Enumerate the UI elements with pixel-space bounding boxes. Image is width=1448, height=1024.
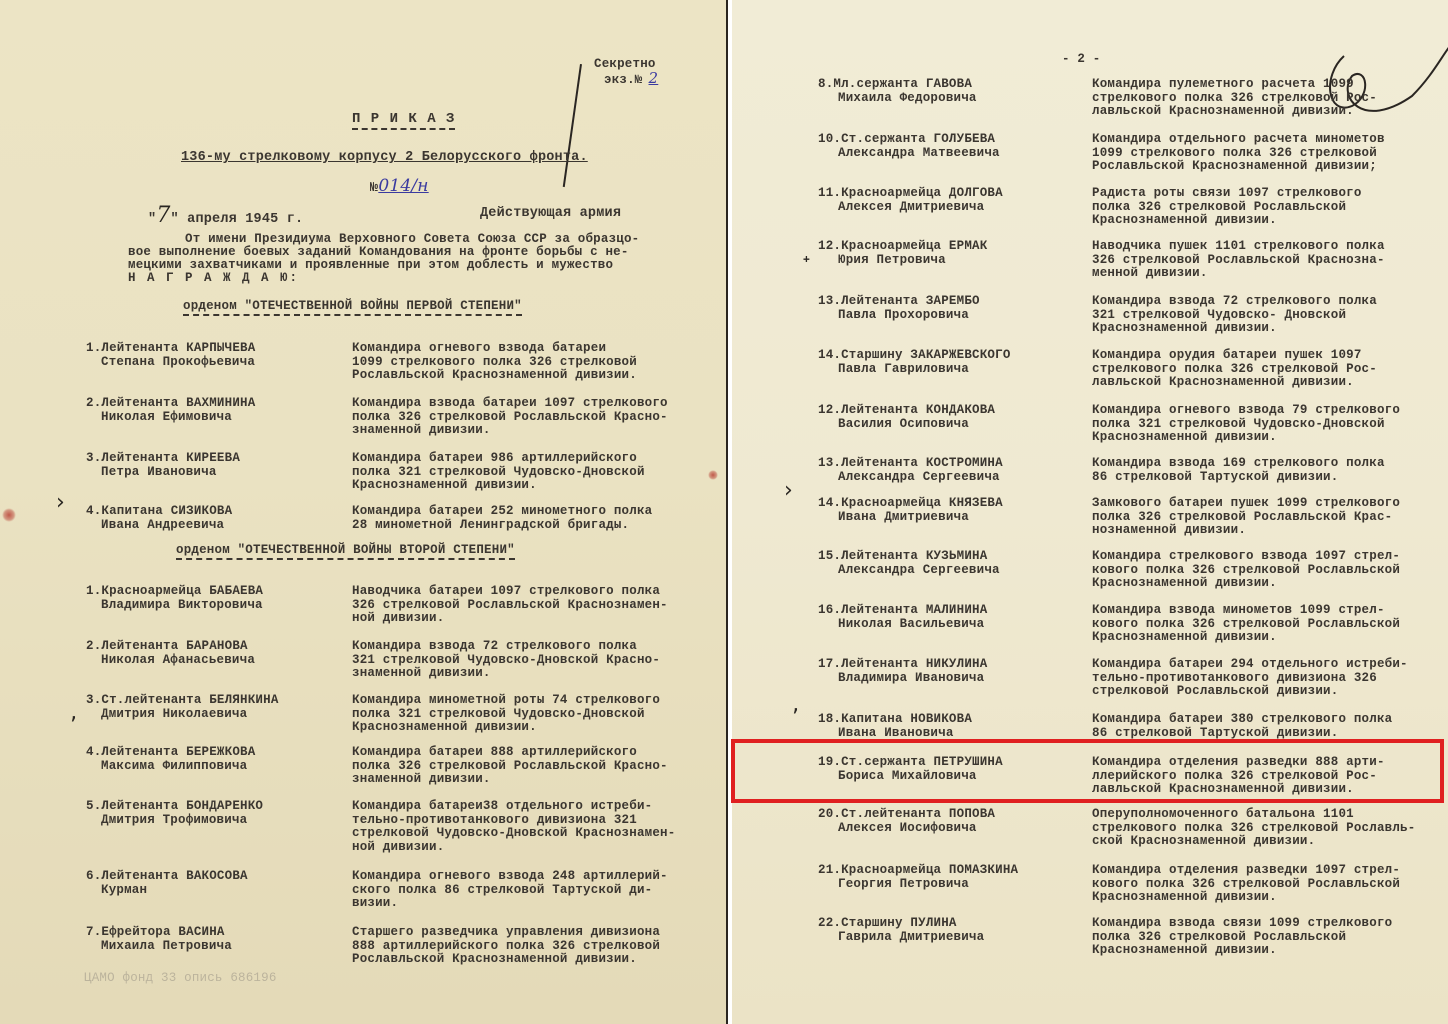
recipient-position-line: полка 321 стрелковой Чудовско-Дновской	[1092, 418, 1385, 432]
recipient-position-line: стрелкового полка 326 стрелковой Рос-	[1092, 363, 1377, 377]
recipient-position-line: Командира огневого взвода 79 стрелкового	[1092, 404, 1400, 418]
recipient-position-line: полка 326 стрелковой Рославльской Красно…	[352, 760, 668, 774]
recipient-position-line: знаменной дивизии.	[352, 424, 491, 438]
recipient-position-line: 1099 стрелкового полка 326 стрелковой	[1092, 147, 1377, 161]
recipient-position-line: Рославльской Краснознаменной дивизии.	[352, 953, 637, 967]
recipient-position-line: Наводчика батареи 1097 стрелкового полка	[352, 585, 660, 599]
recipient-given-names: Александра Матвеевича	[838, 147, 1000, 161]
recipient-position-line: Краснознаменной дивизии.	[1092, 944, 1277, 958]
recipient-position-line: кового полка 326 стрелковой Рославльской	[1092, 878, 1400, 892]
recipient-rank-surname: 6.Лейтенанта ВАКОСОВА	[86, 870, 248, 884]
copy-label: экз.№	[604, 73, 643, 87]
recipient-position-line: Краснознаменной дивизии.	[1092, 891, 1277, 905]
recipient-position-line: 28 минометной Ленинградской бригады.	[352, 519, 629, 533]
recipient-rank-surname: 3.Лейтенанта КИРЕЕВА	[86, 452, 240, 466]
recipient-position-line: полка 326 стрелковой Рославльской Красно…	[352, 411, 668, 425]
recipient-given-names: Александра Сергеевича	[838, 564, 1000, 578]
recipient-given-names: Алексея Дмитриевича	[838, 201, 984, 215]
recipient-position-line: визии.	[352, 897, 398, 911]
recipient-position-line: знаменной дивизии.	[352, 667, 491, 681]
recipient-position-line: Командира огневого взвода батареи	[352, 342, 606, 356]
recipient-position-line: кового полка 326 стрелковой Рославльской	[1092, 618, 1400, 632]
recipient-rank-surname: 13.Лейтенанта КОСТРОМИНА	[818, 457, 1003, 471]
date-quote-close: "	[171, 212, 179, 227]
page-number: - 2 -	[1062, 53, 1101, 67]
recipient-given-names: Ивана Дмитриевича	[838, 511, 969, 525]
recipient-rank-surname: 15.Лейтенанта КУЗЬМИНА	[818, 550, 987, 564]
recipient-position-line: Рославльской Краснознаменной дивизии;	[1092, 160, 1377, 174]
recipient-position-line: Командира отделения разведки 1097 стрел-	[1092, 864, 1400, 878]
location-label: Действующая армия	[480, 206, 621, 221]
recipient-position-line: Командира пулеметного расчета 1099	[1092, 78, 1354, 92]
recipient-position-line: Краснознаменной дивизии.	[1092, 322, 1277, 336]
recipient-given-names: Дмитрия Трофимовича	[101, 814, 247, 828]
recipient-given-names: Владимира Викторовича	[101, 599, 263, 613]
recipient-position-line: Командира минометной роты 74 стрелкового	[352, 694, 660, 708]
recipient-position-line: Командира отдельного расчета минометов	[1092, 133, 1385, 147]
archive-stamp: ЦАМО фонд 33 опись 686196	[84, 972, 277, 986]
document-page-1: Секретно экз.№2 П Р И К А З 136-му стрел…	[0, 0, 728, 1024]
margin-mark: ›	[784, 478, 793, 503]
recipient-rank-surname: 10.Ст.сержанта ГОЛУБЕВА	[818, 133, 995, 147]
recipient-position-line: полка 321 стрелковой Чудовско-Дновской	[352, 708, 645, 722]
recipient-rank-surname: 2.Лейтенанта БАРАНОВА	[86, 640, 248, 654]
recipient-position-line: Командира батареи38 отдельного истреби-	[352, 800, 652, 814]
recipient-position-line: Краснознаменной дивизии.	[352, 721, 537, 735]
recipient-given-names: Максима Филипповича	[101, 760, 247, 774]
recipient-position-line: Командира батареи 986 артиллерийского	[352, 452, 637, 466]
recipient-position-line: Оперуполномоченного батальона 1101	[1092, 808, 1354, 822]
recipient-position-line: полка 326 стрелковой Рославльской	[1092, 931, 1346, 945]
margin-mark: ᐩ	[802, 252, 811, 277]
recipient-rank-surname: 4.Лейтенанта БЕРЕЖКОВА	[86, 746, 255, 760]
recipient-position-line: Командира орудия батареи пушек 1097	[1092, 349, 1362, 363]
section-title-first-degree: орденом "ОТЕЧЕСТВЕННОЙ ВОЙНЫ ПЕРВОЙ СТЕП…	[183, 300, 522, 316]
date-month-year: апреля 1945 г.	[187, 212, 303, 227]
recipient-position-line: Командира огневого взвода 248 артиллерий…	[352, 870, 668, 884]
addressee-line: 136-му стрелковому корпусу 2 Белорусског…	[181, 150, 588, 165]
recipient-position-line: 326 стрелковой Рославльской Краснозна-	[1092, 254, 1385, 268]
recipient-given-names: Василия Осиповича	[838, 418, 969, 432]
recipient-position-line: тельно-противотанкового дивизиона 326	[1092, 672, 1377, 686]
recipient-rank-surname: 12.Красноармейца ЕРМАК	[818, 240, 987, 254]
recipient-position-line: ной дивизии.	[352, 841, 444, 855]
recipient-position-line: Краснознаменной дивизии.	[352, 479, 537, 493]
recipient-position-line: полка 321 стрелковой Чудовско-Дновской	[352, 466, 645, 480]
recipient-given-names: Николая Афанасьевича	[101, 654, 255, 668]
recipient-position-line: Замкового батареи пушек 1099 стрелкового	[1092, 497, 1400, 511]
order-number-handwritten: 014/н	[378, 176, 428, 196]
recipient-rank-surname: 7.Ефрейтора ВАСИНА	[86, 926, 225, 940]
recipient-position-line: стрелковой Чудовско-Дновской Краснознаме…	[352, 827, 675, 841]
recipient-rank-surname: 1.Красноармейца БАБАЕВА	[86, 585, 263, 599]
recipient-position-line: Командира взвода 72 стрелкового полка	[352, 640, 637, 654]
margin-mark: ›	[56, 490, 65, 515]
recipient-position-line: Командира взвода минометов 1099 стрел-	[1092, 604, 1385, 618]
recipient-rank-surname: 5.Лейтенанта БОНДАРЕНКО	[86, 800, 263, 814]
order-date: "7" апреля 1945 г.	[148, 203, 303, 228]
recipient-given-names: Степана Прокофьевича	[101, 356, 255, 370]
recipient-given-names: Павла Прохоровича	[838, 309, 969, 323]
recipient-position-line: Командира взвода 169 стрелкового полка	[1092, 457, 1385, 471]
recipient-rank-surname: 18.Капитана НОВИКОВА	[818, 713, 972, 727]
recipient-given-names: Николая Васильевича	[838, 618, 984, 632]
recipient-position-line: Командира взвода батареи 1097 стрелковог…	[352, 397, 668, 411]
preamble-line-4: Н А Г Р А Ж Д А Ю:	[128, 272, 299, 286]
recipient-rank-surname: 20.Ст.лейтенанта ПОПОВА	[818, 808, 995, 822]
document-title: П Р И К А З	[352, 111, 455, 130]
recipient-position-line: Наводчика пушек 1101 стрелкового полка	[1092, 240, 1385, 254]
recipient-rank-surname: 17.Лейтенанта НИКУЛИНА	[818, 658, 987, 672]
recipient-rank-surname: 4.Капитана СИЗИКОВА	[86, 505, 232, 519]
recipient-given-names: Михаила Петровича	[101, 940, 232, 954]
highlight-box-entry-19	[731, 739, 1444, 803]
ink-stain	[2, 508, 16, 522]
recipient-position-line: Командира взвода 72 стрелкового полка	[1092, 295, 1377, 309]
section-title-second-degree: орденом "ОТЕЧЕСТВЕННОЙ ВОЙНЫ ВТОРОЙ СТЕП…	[176, 544, 515, 560]
recipient-position-line: менной дивизии.	[1092, 267, 1208, 281]
recipient-given-names: Николая Ефимовича	[101, 411, 232, 425]
recipient-rank-surname: 3.Ст.лейтенанта БЕЛЯНКИНА	[86, 694, 279, 708]
recipient-position-line: Краснознаменной дивизии.	[1092, 577, 1277, 591]
recipient-rank-surname: 8.Мл.сержанта ГАВОВА	[818, 78, 972, 92]
recipient-position-line: нознаменной дивизии.	[1092, 524, 1246, 538]
recipient-given-names: Александра Сергеевича	[838, 471, 1000, 485]
recipient-given-names: Юрия Петровича	[838, 254, 946, 268]
ink-stain	[708, 470, 718, 480]
recipient-position-line: Командира батареи 380 стрелкового полка	[1092, 713, 1392, 727]
recipient-position-line: 86 стрелковой Тартуской дивизии.	[1092, 471, 1338, 485]
recipient-position-line: полка 326 стрелковой Рославльской Крас-	[1092, 511, 1392, 525]
recipient-rank-surname: 2.Лейтенанта ВАХМИНИНА	[86, 397, 255, 411]
recipient-given-names: Владимира Ивановича	[838, 672, 984, 686]
recipient-rank-surname: 14.Красноармейца КНЯЗЕВА	[818, 497, 1003, 511]
recipient-given-names: Алексея Иосифовича	[838, 822, 977, 836]
recipient-position-line: Радиста роты связи 1097 стрелкового	[1092, 187, 1362, 201]
pen-stroke	[563, 64, 582, 187]
margin-mark: ‚	[792, 692, 799, 717]
recipient-position-line: Командира стрелкового взвода 1097 стрел-	[1092, 550, 1400, 564]
recipient-position-line: стрелкового полка 326 стрелковой Рос-	[1092, 92, 1377, 106]
recipient-given-names: Михаила Федоровича	[838, 92, 977, 106]
recipient-position-line: Рославльской Краснознаменной дивизии.	[352, 369, 637, 383]
recipient-rank-surname: 11.Красноармейца ДОЛГОВА	[818, 187, 1003, 201]
recipient-given-names: Павла Гавриловича	[838, 363, 969, 377]
order-number: №014/н	[370, 176, 429, 196]
date-day-handwritten: 7	[156, 203, 170, 228]
recipient-given-names: Петра Ивановича	[101, 466, 217, 480]
recipient-given-names: Гаврила Дмитриевича	[838, 931, 984, 945]
recipient-position-line: Краснознаменной дивизии.	[1092, 214, 1277, 228]
recipient-position-line: тельно-противотанкового дивизиона 321	[352, 814, 637, 828]
recipient-rank-surname: 13.Лейтенанта ЗАРЕМБО	[818, 295, 980, 309]
recipient-position-line: 321 стрелковой Чудовско-Дновской Красно-	[352, 654, 660, 668]
recipient-position-line: Командира взвода связи 1099 стрелкового	[1092, 917, 1392, 931]
recipient-position-line: знаменной дивизии.	[352, 773, 491, 787]
recipient-position-line: Командира батареи 294 отдельного истреби…	[1092, 658, 1408, 672]
recipient-position-line: 86 стрелковой Тартуской дивизии.	[1092, 727, 1338, 741]
recipient-given-names: Ивана Ивановича	[838, 727, 954, 741]
recipient-position-line: 1099 стрелкового полка 326 стрелковой	[352, 356, 637, 370]
recipient-given-names: Дмитрия Николаевича	[101, 708, 247, 722]
recipient-given-names: Ивана Андреевича	[101, 519, 224, 533]
recipient-rank-surname: 21.Красноармейца ПОМАЗКИНА	[818, 864, 1018, 878]
recipient-position-line: ской Краснознаменной дивизии.	[1092, 835, 1315, 849]
recipient-position-line: ского полка 86 стрелковой Тартуской ди-	[352, 884, 652, 898]
recipient-given-names: Курман	[101, 884, 147, 898]
recipient-position-line: Краснознаменной дивизии.	[1092, 631, 1277, 645]
recipient-rank-surname: 22.Старшину ПУЛИНА	[818, 917, 957, 931]
recipient-position-line: стрелковой Рославльской дивизии.	[1092, 685, 1338, 699]
recipient-position-line: Командира батареи 888 артиллерийского	[352, 746, 637, 760]
recipient-given-names: Георгия Петровича	[838, 878, 969, 892]
recipient-rank-surname: 14.Старшину ЗАКАРЖЕВСКОГО	[818, 349, 1011, 363]
recipient-position-line: кового полка 326 стрелковой Рославльской	[1092, 564, 1400, 578]
recipient-rank-surname: 12.Лейтенанта КОНДАКОВА	[818, 404, 995, 418]
recipient-position-line: Командира батареи 252 минометного полка	[352, 505, 652, 519]
recipient-rank-surname: 1.Лейтенанта КАРПЫЧЕВА	[86, 342, 255, 356]
copy-number-handwritten: 2	[643, 69, 665, 87]
copy-number-label: экз.№2	[604, 72, 664, 88]
recipient-position-line: Старшего разведчика управления дивизиона	[352, 926, 660, 940]
recipient-position-line: лавльской Краснознаменной дивизии.	[1092, 376, 1354, 390]
recipient-position-line: 888 артиллерийского полка 326 стрелковой	[352, 940, 660, 954]
recipient-position-line: Краснознаменной дивизии.	[1092, 431, 1277, 445]
document-page-2: - 2 - 8.Мл.сержанта ГАВОВАМихаила Федоро…	[732, 0, 1448, 1024]
recipient-position-line: 321 стрелковой Чудовско- Дновской	[1092, 309, 1346, 323]
recipient-position-line: ной дивизии.	[352, 612, 444, 626]
recipient-rank-surname: 16.Лейтенанта МАЛИНИНА	[818, 604, 987, 618]
recipient-position-line: лавльской Краснознаменной дивизии.	[1092, 105, 1354, 119]
recipient-position-line: 326 стрелковой Рославльской Краснознамен…	[352, 599, 668, 613]
recipient-position-line: полка 326 стрелковой Рославльской	[1092, 201, 1346, 215]
recipient-position-line: стрелкового полка 326 стрелковой Рославл…	[1092, 822, 1415, 836]
margin-mark: ‚	[70, 700, 77, 725]
